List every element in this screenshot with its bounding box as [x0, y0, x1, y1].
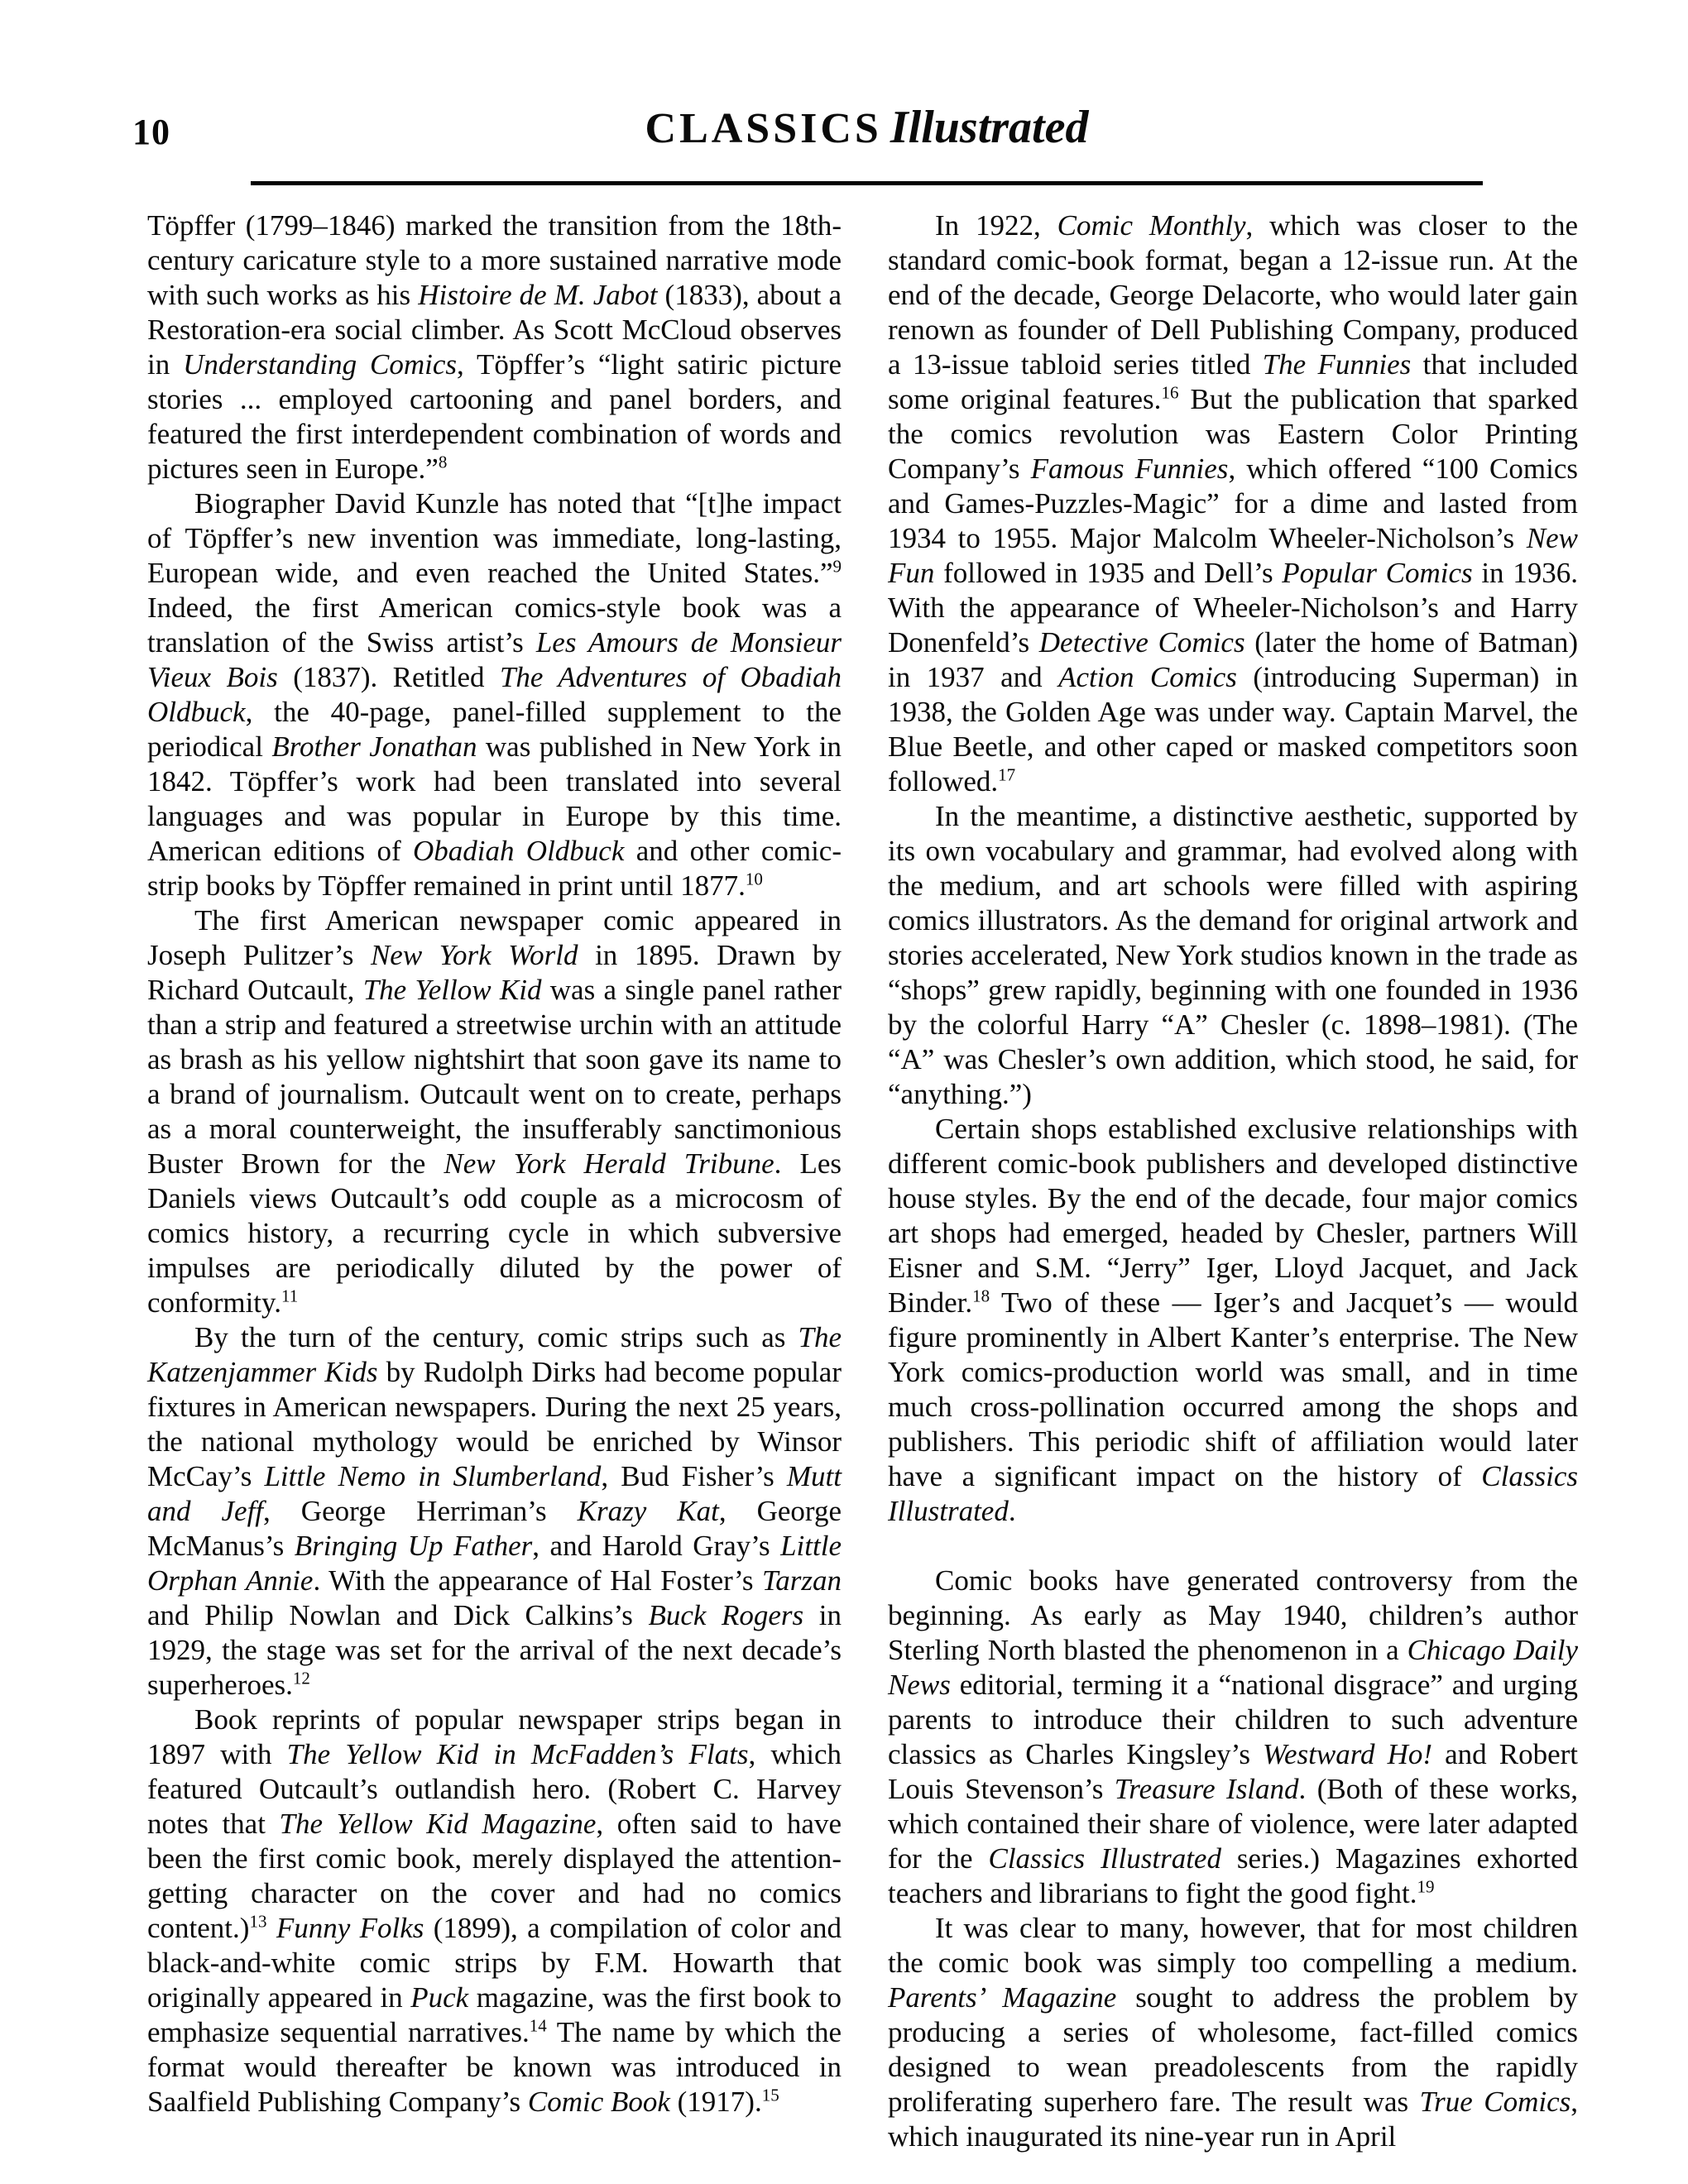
italic-title: Krazy Kat	[578, 1495, 719, 1527]
italic-title: Funny Folks	[276, 1912, 424, 1944]
paragraph: Certain shops established exclusive rela…	[888, 1112, 1578, 1529]
italic-title: New York World	[371, 939, 578, 971]
italic-title: Treasure Island	[1115, 1773, 1299, 1805]
italic-title: Buck Rogers	[648, 1599, 803, 1631]
text-run: (1837). Retitled	[278, 661, 500, 693]
book-page: 10 CLASSICSIllustrated Töpffer (1799–184…	[0, 0, 1688, 2184]
italic-title: Brother Jonathan	[271, 730, 477, 763]
italic-title: Comic Monthly	[1057, 209, 1246, 242]
italic-title: Classics Illustrated	[988, 1842, 1220, 1875]
italic-title: Famous Funnies	[1031, 453, 1229, 485]
paragraph: In the meantime, a distinctive aesthetic…	[888, 799, 1578, 1112]
text-column-right: In 1922, Comic Monthly, which was closer…	[888, 208, 1578, 2154]
italic-title: The Yellow Kid in McFadden’s Flats	[287, 1738, 749, 1770]
italic-title: Tarzan	[762, 1564, 842, 1597]
footnote-ref: 8	[439, 452, 448, 472]
text-run: Biographer David Kunzle has noted that “…	[147, 487, 842, 589]
italic-title: The Funnies	[1263, 348, 1412, 381]
paragraph: Book reprints of popular newspaper strip…	[147, 1703, 842, 2119]
italic-title: Action Comics	[1058, 661, 1237, 693]
paragraph: Töpffer (1799–1846) marked the transitio…	[147, 208, 842, 486]
italic-title: Bringing Up Father	[295, 1530, 533, 1562]
text-run: , George Herriman’s	[263, 1495, 578, 1527]
text-run: In the meantime, a distinctive aesthetic…	[888, 800, 1578, 1110]
italic-title: Popular Comics	[1282, 557, 1472, 589]
footnote-ref: 16	[1161, 382, 1178, 402]
footnote-ref: 13	[249, 1911, 266, 1931]
footnote-ref: 18	[972, 1286, 990, 1305]
text-run: , Bud Fisher’s	[601, 1460, 787, 1492]
italic-title: Comic Book	[528, 2086, 670, 2118]
italic-title: Detective Comics	[1039, 626, 1245, 659]
text-column-left: Töpffer (1799–1846) marked the transitio…	[147, 208, 842, 2154]
paragraph: It was clear to many, however, that for …	[888, 1911, 1578, 2154]
text-run: (1917).	[670, 2086, 762, 2118]
footnote-ref: 11	[281, 1286, 298, 1305]
header-rule	[251, 181, 1483, 185]
italic-title: Westward Ho!	[1263, 1738, 1432, 1770]
footnote-ref: 19	[1417, 1876, 1435, 1896]
footnote-ref: 17	[998, 764, 1015, 784]
italic-title: Puck	[410, 1981, 468, 2014]
header-title-script: Illustrated	[890, 102, 1089, 153]
footnote-ref: 14	[530, 2015, 547, 2035]
text-run: followed in 1935 and Dell’s	[934, 557, 1282, 589]
paragraph: In 1922, Comic Monthly, which was closer…	[888, 208, 1578, 799]
page-number: 10	[132, 111, 170, 153]
header-title-roman: CLASSICS	[645, 105, 882, 152]
paragraph: By the turn of the century, comic strips…	[147, 1320, 842, 1703]
text-run: and Philip Nowlan and Dick Calkins’s	[147, 1599, 648, 1631]
italic-title: Understanding Comics	[183, 348, 457, 381]
text-run	[266, 1912, 276, 1944]
footnote-ref: 9	[833, 556, 842, 576]
text-body: Töpffer (1799–1846) marked the transitio…	[147, 208, 1578, 2154]
italic-title: The Yellow Kid Magazine	[280, 1808, 597, 1840]
italic-title: Obadiah Oldbuck	[413, 835, 624, 867]
running-header: CLASSICSIllustrated	[251, 101, 1483, 154]
text-run: In 1922,	[935, 209, 1057, 242]
text-run: By the turn of the century, comic strips…	[194, 1321, 798, 1353]
italic-title: The Yellow Kid	[363, 974, 542, 1006]
footnote-ref: 12	[293, 1668, 310, 1688]
italic-title: Parents’ Magazine	[888, 1981, 1116, 2014]
text-run: Two of these — Iger’s and Jacquet’s — wo…	[888, 1286, 1578, 1492]
italic-title: New York Herald Tribune	[444, 1147, 774, 1180]
italic-title: Histoire de M. Jabot	[418, 279, 657, 311]
paragraph: The first American newspaper comic appea…	[147, 903, 842, 1320]
italic-title: Little Nemo in Slumberland	[264, 1460, 601, 1492]
footnote-ref: 15	[762, 2085, 779, 2105]
text-run: It was clear to many, however, that for …	[888, 1912, 1578, 1979]
paragraph: Comic books have generated controversy f…	[888, 1564, 1578, 1911]
italic-title: True Comics	[1420, 2086, 1571, 2118]
text-run: , and Harold Gray’s	[532, 1530, 780, 1562]
text-run: .	[1009, 1495, 1016, 1527]
footnote-ref: 10	[746, 869, 763, 888]
text-run: . With the appearance of Hal Foster’s	[313, 1564, 762, 1597]
paragraph: Biographer David Kunzle has noted that “…	[147, 486, 842, 903]
